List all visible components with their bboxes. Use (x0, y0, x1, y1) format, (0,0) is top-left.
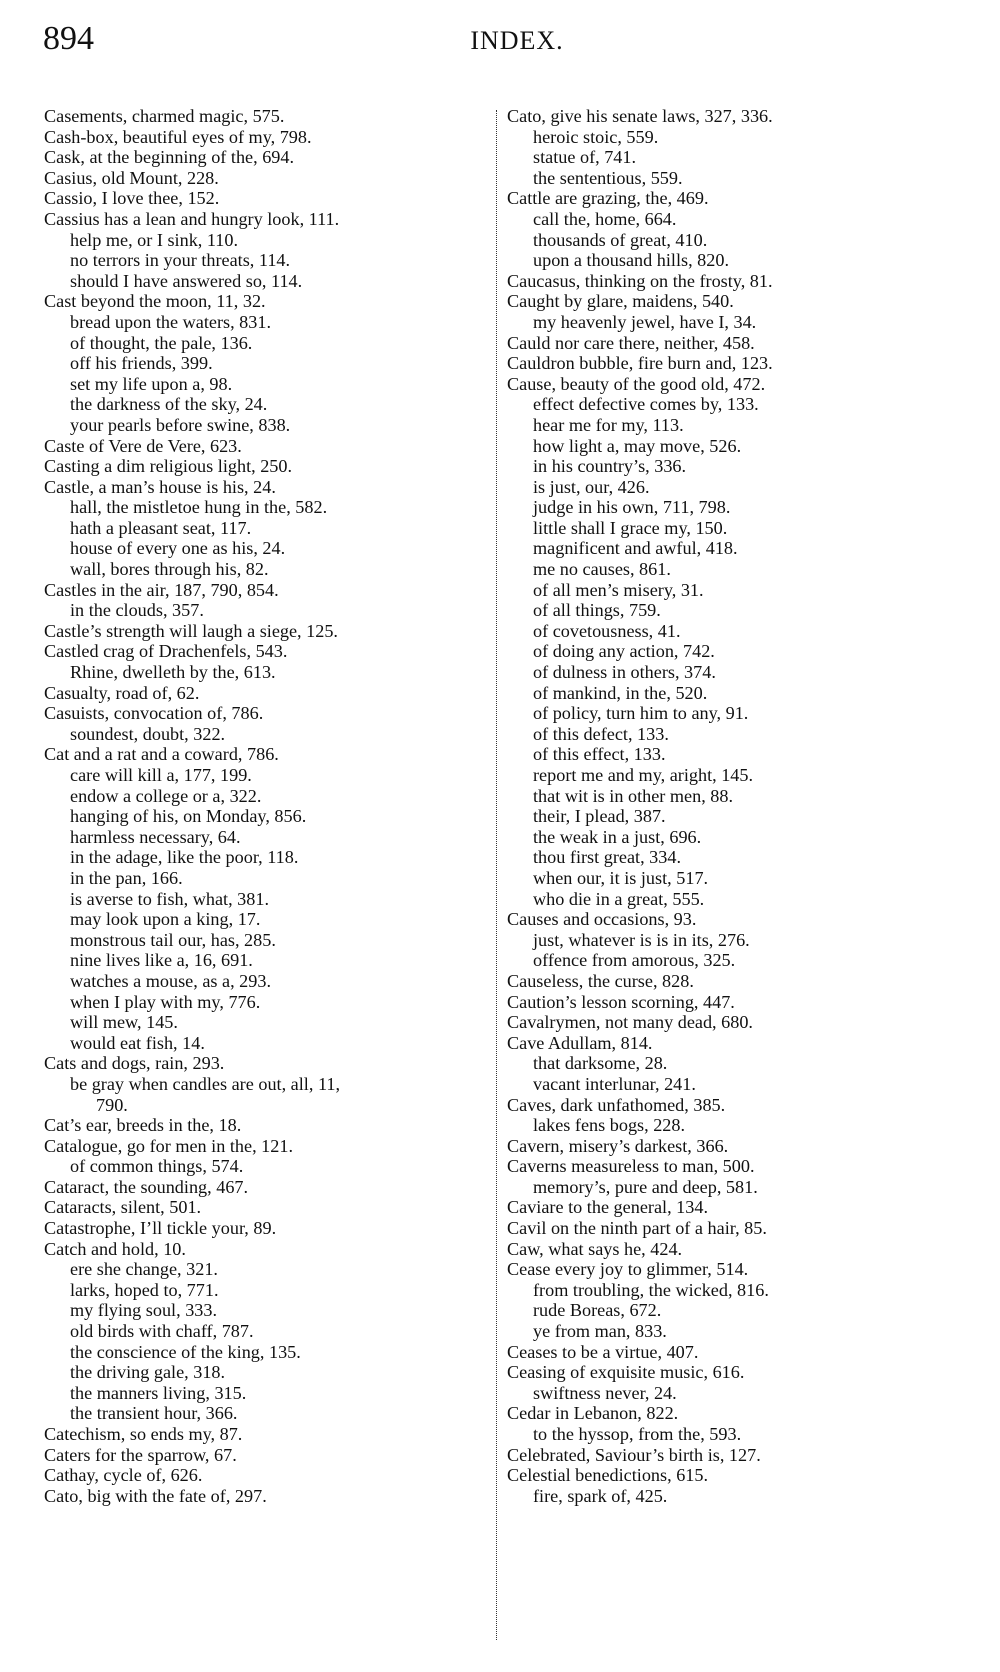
index-subentry: ere she change, 321. (44, 1259, 484, 1280)
index-subentry: endow a college or a, 322. (44, 786, 484, 807)
index-entry: Caves, dark unfathomed, 385. (507, 1095, 957, 1116)
index-entry: Catch and hold, 10. (44, 1239, 484, 1260)
index-subentry: the transient hour, 366. (44, 1403, 484, 1424)
index-subentry: is just, our, 426. (507, 477, 957, 498)
index-entry: Cave Adullam, 814. (507, 1033, 957, 1054)
index-entry: Celebrated, Saviour’s birth is, 127. (507, 1445, 957, 1466)
index-entry: Casements, charmed magic, 575. (44, 106, 484, 127)
index-entry: Cauldron bubble, fire burn and, 123. (507, 353, 957, 374)
index-entry: Cats and dogs, rain, 293. (44, 1053, 484, 1074)
index-subentry: may look upon a king, 17. (44, 909, 484, 930)
index-subentry: larks, hoped to, 771. (44, 1280, 484, 1301)
index-subentry: the darkness of the sky, 24. (44, 394, 484, 415)
index-entry: Cathay, cycle of, 626. (44, 1465, 484, 1486)
index-subentry: of thought, the pale, 136. (44, 333, 484, 354)
index-subentry: that darksome, 28. (507, 1053, 957, 1074)
index-subentry: when our, it is just, 517. (507, 868, 957, 889)
index-subentry: hath a pleasant seat, 117. (44, 518, 484, 539)
index-subentry: thou first great, 334. (507, 847, 957, 868)
index-entry: Cassius has a lean and hungry look, 111. (44, 209, 484, 230)
index-subentry: thousands of great, 410. (507, 230, 957, 251)
index-entry: Cato, big with the fate of, 297. (44, 1486, 484, 1507)
index-subentry: hear me for my, 113. (507, 415, 957, 436)
index-entry: Castle’s strength will laugh a siege, 12… (44, 621, 484, 642)
index-subentry: little shall I grace my, 150. (507, 518, 957, 539)
index-subentry: ye from man, 833. (507, 1321, 957, 1342)
index-entry: Caucasus, thinking on the frosty, 81. (507, 271, 957, 292)
index-subentry: monstrous tail our, has, 285. (44, 930, 484, 951)
index-entry: Cassio, I love thee, 152. (44, 188, 484, 209)
index-subentry: my heavenly jewel, have I, 34. (507, 312, 957, 333)
index-entry: Casuists, convocation of, 786. (44, 703, 484, 724)
index-entry: Celestial benedictions, 615. (507, 1465, 957, 1486)
index-entry: Casting a dim religious light, 250. (44, 456, 484, 477)
index-subentry: swiftness never, 24. (507, 1383, 957, 1404)
index-subentry: bread upon the waters, 831. (44, 312, 484, 333)
index-subentry: that wit is in other men, 88. (507, 786, 957, 807)
index-subentry: how light a, may move, 526. (507, 436, 957, 457)
index-subentry: of this defect, 133. (507, 724, 957, 745)
index-entry: Causeless, the curse, 828. (507, 971, 957, 992)
index-subentry: the driving gale, 318. (44, 1362, 484, 1383)
index-subentry: vacant interlunar, 241. (507, 1074, 957, 1095)
index-subentry: of all men’s misery, 31. (507, 580, 957, 601)
index-entry: Cato, give his senate laws, 327, 336. (507, 106, 957, 127)
index-subentry: report me and my, aright, 145. (507, 765, 957, 786)
index-entry: Cauld nor care there, neither, 458. (507, 333, 957, 354)
index-entry: Caught by glare, maidens, 540. (507, 291, 957, 312)
index-entry: Cedar in Lebanon, 822. (507, 1403, 957, 1424)
index-subentry: magnificent and awful, 418. (507, 538, 957, 559)
index-subentry: off his friends, 399. (44, 353, 484, 374)
index-subentry: the sententious, 559. (507, 168, 957, 189)
index-subentry: nine lives like a, 16, 691. (44, 950, 484, 971)
index-subentry: memory’s, pure and deep, 581. (507, 1177, 957, 1198)
index-subentry: of doing any action, 742. (507, 641, 957, 662)
index-subentry: fire, spark of, 425. (507, 1486, 957, 1507)
index-entry: Cease every joy to glimmer, 514. (507, 1259, 957, 1280)
index-subentry: watches a mouse, as a, 293. (44, 971, 484, 992)
index-subentry: me no causes, 861. (507, 559, 957, 580)
index-subentry: harmless necessary, 64. (44, 827, 484, 848)
index-entry: Caters for the sparrow, 67. (44, 1445, 484, 1466)
index-subentry: set my life upon a, 98. (44, 374, 484, 395)
index-subentry: no terrors in your threats, 114. (44, 250, 484, 271)
index-subentry: when I play with my, 776. (44, 992, 484, 1013)
index-entry: Casius, old Mount, 228. (44, 168, 484, 189)
index-subentry: would eat fish, 14. (44, 1033, 484, 1054)
index-subentry: of dulness in others, 374. (507, 662, 957, 683)
index-entry: Caw, what says he, 424. (507, 1239, 957, 1260)
index-subentry: of all things, 759. (507, 600, 957, 621)
index-entry: Cast beyond the moon, 11, 32. (44, 291, 484, 312)
index-subentry: my flying soul, 333. (44, 1300, 484, 1321)
index-subentry: of common things, 574. (44, 1156, 484, 1177)
index-column-right: Cato, give his senate laws, 327, 336.her… (507, 106, 957, 1506)
index-entry: Cataracts, silent, 501. (44, 1197, 484, 1218)
index-entry: Catastrophe, I’ll tickle your, 89. (44, 1218, 484, 1239)
index-subentry: in the pan, 166. (44, 868, 484, 889)
index-subentry: to the hyssop, from the, 593. (507, 1424, 957, 1445)
index-subentry: rude Boreas, 672. (507, 1300, 957, 1321)
index-entry: Casualty, road of, 62. (44, 683, 484, 704)
index-column-left: Casements, charmed magic, 575.Cash-box, … (44, 106, 484, 1506)
index-subentry: their, I plead, 387. (507, 806, 957, 827)
column-divider (496, 110, 497, 1640)
index-subentry: hanging of his, on Monday, 856. (44, 806, 484, 827)
index-entry: Cause, beauty of the good old, 472. (507, 374, 957, 395)
index-entry: Ceases to be a virtue, 407. (507, 1342, 957, 1363)
index-subentry: upon a thousand hills, 820. (507, 250, 957, 271)
index-entry: Ceasing of exquisite music, 616. (507, 1362, 957, 1383)
index-subentry: Rhine, dwelleth by the, 613. (44, 662, 484, 683)
index-subentry: the weak in a just, 696. (507, 827, 957, 848)
index-subentry: the conscience of the king, 135. (44, 1342, 484, 1363)
index-subentry: from troubling, the wicked, 816. (507, 1280, 957, 1301)
index-subentry: who die in a great, 555. (507, 889, 957, 910)
index-entry: Castled crag of Drachenfels, 543. (44, 641, 484, 662)
index-subentry: lakes fens bogs, 228. (507, 1115, 957, 1136)
index-subentry: 790. (44, 1095, 484, 1116)
index-subentry: soundest, doubt, 322. (44, 724, 484, 745)
page-title: INDEX. (0, 26, 1000, 56)
index-subentry: house of every one as his, 24. (44, 538, 484, 559)
index-subentry: of mankind, in the, 520. (507, 683, 957, 704)
index-subentry: of this effect, 133. (507, 744, 957, 765)
index-entry: Caverns measureless to man, 500. (507, 1156, 957, 1177)
index-subentry: in the adage, like the poor, 118. (44, 847, 484, 868)
index-subentry: will mew, 145. (44, 1012, 484, 1033)
index-entry: Caviare to the general, 134. (507, 1197, 957, 1218)
index-subentry: effect defective comes by, 133. (507, 394, 957, 415)
index-subentry: help me, or I sink, 110. (44, 230, 484, 251)
index-subentry: heroic stoic, 559. (507, 127, 957, 148)
index-subentry: care will kill a, 177, 199. (44, 765, 484, 786)
index-subentry: offence from amorous, 325. (507, 950, 957, 971)
index-subentry: of covetousness, 41. (507, 621, 957, 642)
index-subentry: wall, bores through his, 82. (44, 559, 484, 580)
index-subentry: be gray when candles are out, all, 11, (44, 1074, 484, 1095)
index-subentry: hall, the mistletoe hung in the, 582. (44, 497, 484, 518)
index-entry: Castles in the air, 187, 790, 854. (44, 580, 484, 601)
index-entry: Catechism, so ends my, 87. (44, 1424, 484, 1445)
index-entry: Cavalrymen, not many dead, 680. (507, 1012, 957, 1033)
index-subentry: call the, home, 664. (507, 209, 957, 230)
index-subentry: in his country’s, 336. (507, 456, 957, 477)
index-entry: Cash-box, beautiful eyes of my, 798. (44, 127, 484, 148)
index-entry: Cataract, the sounding, 467. (44, 1177, 484, 1198)
index-entry: Cask, at the beginning of the, 694. (44, 147, 484, 168)
index-entry: Cattle are grazing, the, 469. (507, 188, 957, 209)
index-subentry: judge in his own, 711, 798. (507, 497, 957, 518)
index-subentry: your pearls before swine, 838. (44, 415, 484, 436)
index-entry: Cat’s ear, breeds in the, 18. (44, 1115, 484, 1136)
index-entry: Cavil on the ninth part of a hair, 85. (507, 1218, 957, 1239)
index-subentry: just, whatever is is in its, 276. (507, 930, 957, 951)
index-entry: Cat and a rat and a coward, 786. (44, 744, 484, 765)
index-subentry: statue of, 741. (507, 147, 957, 168)
index-entry: Caste of Vere de Vere, 623. (44, 436, 484, 457)
index-entry: Catalogue, go for men in the, 121. (44, 1136, 484, 1157)
index-entry: Causes and occasions, 93. (507, 909, 957, 930)
index-subentry: is averse to fish, what, 381. (44, 889, 484, 910)
index-entry: Caution’s lesson scorning, 447. (507, 992, 957, 1013)
index-subentry: old birds with chaff, 787. (44, 1321, 484, 1342)
index-entry: Castle, a man’s house is his, 24. (44, 477, 484, 498)
index-subentry: should I have answered so, 114. (44, 271, 484, 292)
index-entry: Cavern, misery’s darkest, 366. (507, 1136, 957, 1157)
index-subentry: of policy, turn him to any, 91. (507, 703, 957, 724)
index-subentry: in the clouds, 357. (44, 600, 484, 621)
index-subentry: the manners living, 315. (44, 1383, 484, 1404)
